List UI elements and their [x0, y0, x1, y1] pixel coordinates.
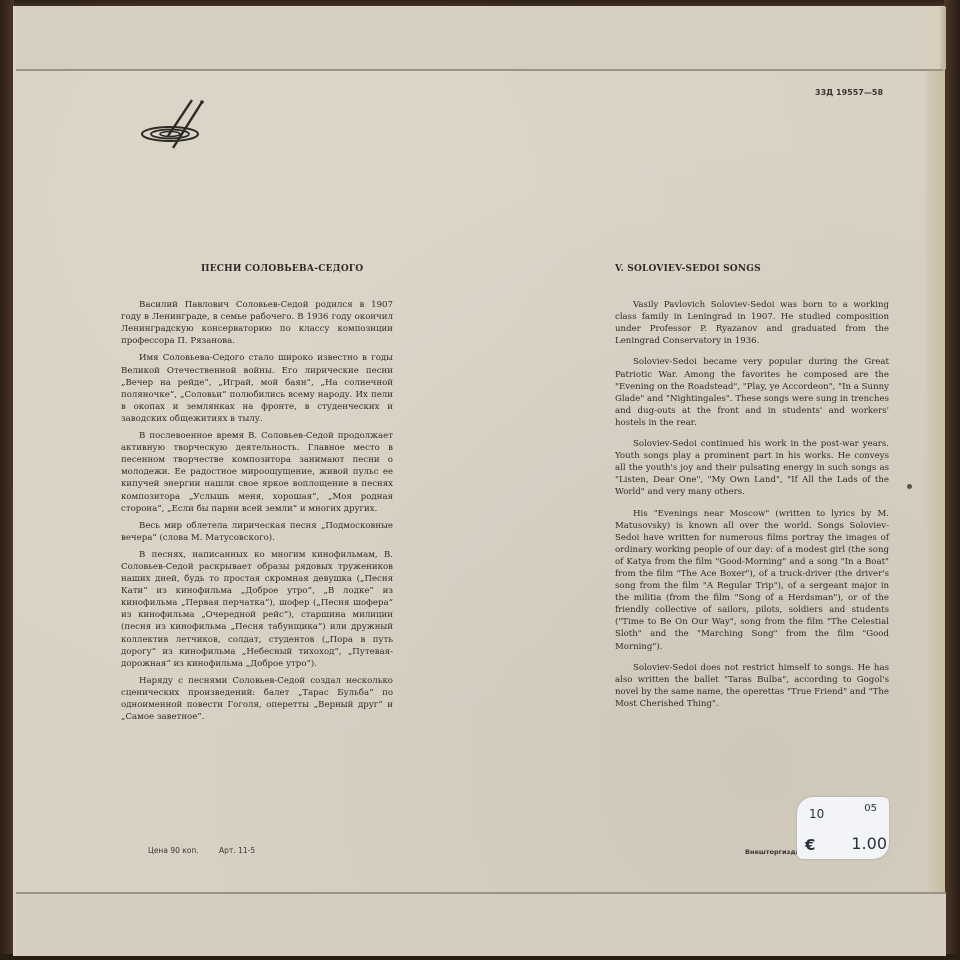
article-text: Арт. 11-5 [219, 846, 255, 855]
russian-title: ПЕСНИ СОЛОВЬЕВА-СЕДОГО [121, 263, 393, 275]
english-paragraph: His "Evenings near Moscow" (written to l… [615, 508, 889, 653]
catalog-number: 33Д 19557—58 [815, 88, 883, 97]
russian-paragraph: В послевоенное время В. Соловьев-Седой п… [121, 430, 393, 515]
sticker-code-right: 05 [864, 803, 877, 814]
russian-paragraph: Наряду с песнями Соловьев-Седой создал н… [121, 675, 393, 723]
publisher-text: Внешторгиздат [745, 848, 804, 856]
melodiya-logo-icon [140, 92, 210, 152]
russian-paragraph: Имя Соловьева-Седого стало широко извест… [121, 352, 393, 425]
table-surface-right [944, 0, 960, 960]
english-paragraph: Soloviev-Sedoi does not restrict himself… [615, 662, 889, 710]
price-text: Цена 90 коп. [148, 846, 199, 855]
euro-icon: € [805, 836, 815, 854]
english-paragraph: Soloviev-Sedoi continued his work in the… [615, 438, 889, 498]
paper-speck [907, 484, 912, 489]
english-paragraph: Vasily Pavlovich Soloviev-Sedoi was born… [615, 299, 889, 347]
russian-paragraph: Василий Павлович Соловьев-Седой родился … [121, 299, 393, 347]
price-sticker: 10 05 € 1.00 [797, 797, 889, 859]
russian-paragraph: Весь мир облетела лирическая песня „Подм… [121, 520, 393, 544]
english-title: V. SOLOVIEV-SEDOI SONGS [615, 263, 889, 275]
russian-liner-notes: ПЕСНИ СОЛОВЬЕВА-СЕДОГО Василий Павлович … [121, 263, 393, 728]
english-liner-notes: V. SOLOVIEV-SEDOI SONGS Vasily Pavlovich… [615, 263, 889, 719]
table-surface-left [0, 0, 14, 960]
sleeve-bottom-flap [16, 892, 946, 956]
sticker-code-left: 10 [809, 807, 824, 821]
price-info: Цена 90 коп. Арт. 11-5 [148, 846, 273, 855]
sleeve-edge [925, 10, 945, 955]
english-paragraph: Soloviev-Sedoi became very popular durin… [615, 356, 889, 429]
sleeve-top-flap [16, 7, 943, 71]
russian-paragraph: В песнях, написанных ко многим кинофильм… [121, 549, 393, 670]
sticker-price: 1.00 [851, 834, 887, 853]
